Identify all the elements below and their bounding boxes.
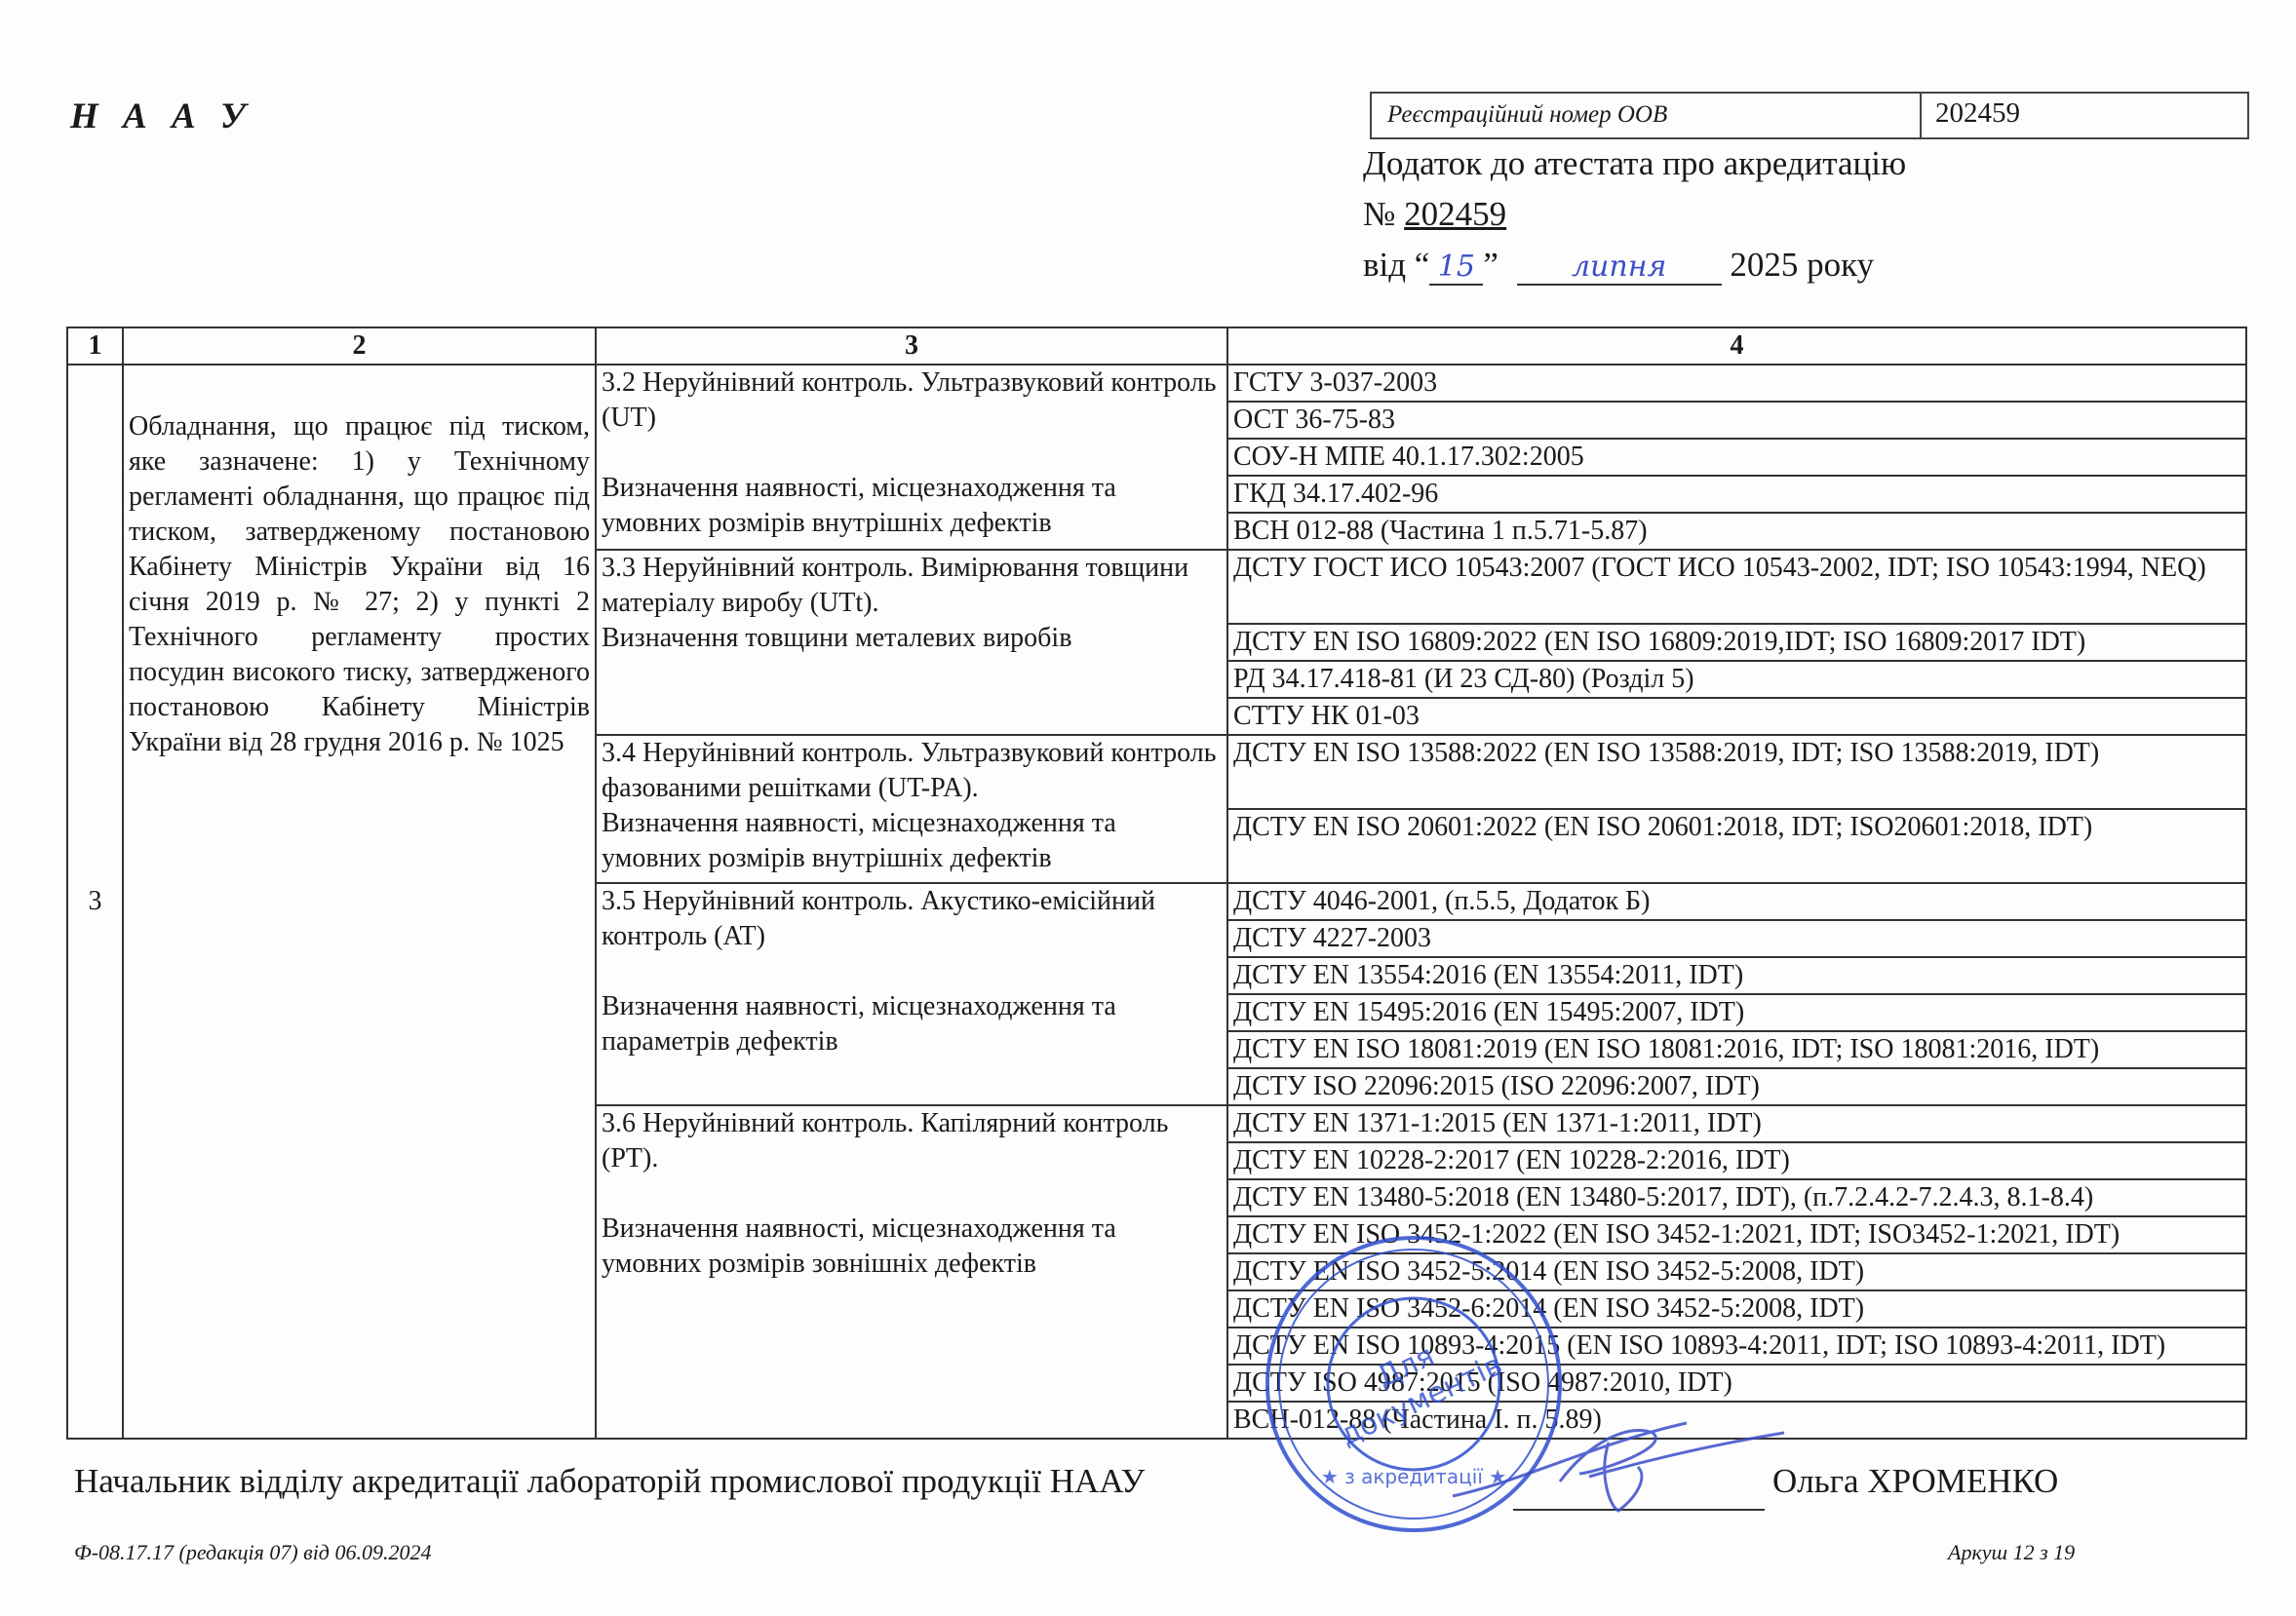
- standard-cell: ДСТУ EN 1371-1:2015 (EN 1371-1:2011, IDT…: [1227, 1105, 2246, 1142]
- accreditation-scope-table: 1 2 3 4 3 Обладнання, що працює під тиск…: [66, 327, 2247, 1440]
- column-header: 3: [596, 327, 1227, 365]
- method-cell: 3.3 Неруйнівний контроль. Вимірювання то…: [596, 550, 1227, 735]
- signature-icon: [1443, 1404, 1794, 1530]
- standard-cell: ДСТУ EN ISO 13588:2022 (EN ISO 13588:201…: [1227, 735, 2246, 809]
- standard-cell: ДСТУ ISO 22096:2015 (ISO 22096:2007, IDT…: [1227, 1068, 2246, 1105]
- standard-cell: ДСТУ EN ISO 18081:2019 (EN ISO 18081:201…: [1227, 1031, 2246, 1068]
- standard-cell: ДСТУ 4227-2003: [1227, 920, 2246, 957]
- method-description: Визначення наявності, місцезнаходження т…: [602, 989, 1222, 1059]
- standard-cell: ДСТУ EN ISO 16809:2022 (EN ISO 16809:201…: [1227, 624, 2246, 661]
- column-header: 1: [67, 327, 123, 365]
- form-code: Ф-08.17.17 (редакція 07) від 06.09.2024: [74, 1540, 431, 1565]
- method-cell: 3.6 Неруйнівний контроль. Капілярний кон…: [596, 1105, 1227, 1439]
- organization-acronym: Н А А У: [70, 96, 253, 137]
- standard-cell: ГКД 34.17.402-96: [1227, 476, 2246, 513]
- method-title: 3.2 Неруйнівний контроль. Ультразвуковий…: [602, 366, 1222, 436]
- standard-cell: ДСТУ 4046-2001, (п.5.5, Додаток Б): [1227, 883, 2246, 920]
- registration-label: Реєстраційний номер ООВ: [1372, 94, 1922, 137]
- standard-cell: ДСТУ EN 13480-5:2018 (EN 13480-5:2017, I…: [1227, 1179, 2246, 1216]
- standard-cell: ДСТУ ГОСТ ИСО 10543:2007 (ГОСТ ИСО 10543…: [1227, 550, 2246, 624]
- standard-cell: ДСТУ EN 15495:2016 (EN 15495:2007, IDT): [1227, 994, 2246, 1031]
- date-suffix: 2025 року: [1730, 246, 1874, 284]
- table-row: 3 Обладнання, що працює під тиском, яке …: [67, 365, 2246, 402]
- appendix-title: Додаток до атестата про акредитацію: [1363, 144, 1906, 183]
- registration-number-box: Реєстраційний номер ООВ 202459: [1370, 92, 2249, 139]
- method-cell: 3.2 Неруйнівний контроль. Ультразвуковий…: [596, 365, 1227, 550]
- standard-cell: ДСТУ EN 10228-2:2017 (EN 10228-2:2016, I…: [1227, 1142, 2246, 1179]
- method-cell: 3.4 Неруйнівний контроль. Ультразвуковий…: [596, 735, 1227, 883]
- standard-cell: ОСТ 36-75-83: [1227, 402, 2246, 439]
- standard-cell: РД 34.17.418-81 (И 23 СД-80) (Розділ 5): [1227, 661, 2246, 698]
- standard-cell: ВСН 012-88 (Частина 1 п.5.71-5.87): [1227, 513, 2246, 550]
- date-month: липня: [1517, 250, 1722, 286]
- row-number: 3: [67, 365, 123, 1439]
- method-title: 3.4 Неруйнівний контроль. Ультразвуковий…: [602, 736, 1222, 806]
- method-title: 3.6 Неруйнівний контроль. Капілярний кон…: [602, 1106, 1222, 1176]
- number-prefix: №: [1363, 195, 1395, 233]
- standard-cell: ДСТУ EN ISO 20601:2022 (EN ISO 20601:201…: [1227, 809, 2246, 883]
- certificate-date: від “15” липня 2025 року: [1363, 246, 1874, 286]
- method-description: Визначення наявності, місцезнаходження т…: [602, 471, 1222, 541]
- method-title: 3.3 Неруйнівний контроль. Вимірювання то…: [602, 551, 1222, 621]
- standard-cell: СТТУ НК 01-03: [1227, 698, 2246, 735]
- column-header: 2: [123, 327, 596, 365]
- method-description: Визначення наявності, місцезнаходження т…: [602, 806, 1222, 876]
- number-value: 202459: [1404, 195, 1506, 233]
- sheet-number: Аркуш 12 з 19: [1948, 1540, 2075, 1565]
- date-mid: ”: [1483, 246, 1498, 284]
- method-description: Визначення товщини металевих виробів: [602, 621, 1222, 656]
- method-description: Визначення наявності, місцезнаходження т…: [602, 1212, 1222, 1282]
- method-cell: 3.5 Неруйнівний контроль. Акустико-емісі…: [596, 883, 1227, 1105]
- standard-cell: СОУ-Н МПЕ 40.1.17.302:2005: [1227, 439, 2246, 476]
- method-title: 3.5 Неруйнівний контроль. Акустико-емісі…: [602, 884, 1222, 954]
- date-prefix: від “: [1363, 246, 1429, 284]
- certificate-number: № 202459: [1363, 195, 1506, 234]
- registration-value: 202459: [1922, 94, 2247, 137]
- column-header: 4: [1227, 327, 2246, 365]
- signatory-name: Ольга ХРОМЕНКО: [1772, 1462, 2058, 1501]
- table-header-row: 1 2 3 4: [67, 327, 2246, 365]
- standard-cell: ГСТУ 3-037-2003: [1227, 365, 2246, 402]
- object-description: Обладнання, що працює під тиском, яке за…: [123, 365, 596, 1439]
- signatory-title: Начальник відділу акредитації лабораторі…: [74, 1462, 1145, 1501]
- standard-cell: ДСТУ EN 13554:2016 (EN 13554:2011, IDT): [1227, 957, 2246, 994]
- date-day: 15: [1429, 250, 1483, 286]
